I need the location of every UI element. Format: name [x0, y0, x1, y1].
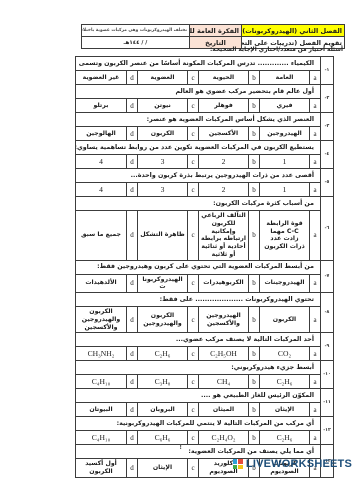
option-letter-c[interactable]: c — [188, 211, 199, 261]
question-number: ٥- — [321, 169, 334, 197]
option-letter-b[interactable]: b — [249, 375, 260, 389]
option-letter-a[interactable]: a — [310, 431, 321, 445]
question-text: أي مما يلي يصنف من المركبات العضوية: — [75, 445, 320, 459]
option-text-b[interactable]: الحيوية — [199, 71, 249, 85]
options-row: a 1 b 2 c 3 d 4 — [75, 183, 333, 197]
option-letter-b[interactable]: b — [249, 99, 260, 113]
option-text-c[interactable]: 3 — [138, 155, 188, 169]
option-letter-d[interactable]: d — [127, 99, 138, 113]
options-row: a قوة الرابطة C-C مهما زادت عدد ذرات الك… — [75, 211, 333, 261]
question-number: ٦- — [321, 197, 334, 261]
option-text-c[interactable]: C₃H₈ — [138, 375, 188, 389]
options-row: a الهيدروجين b الأكسجين c الكربون d الها… — [75, 127, 333, 141]
option-letter-b[interactable]: b — [249, 347, 260, 361]
worksheet-page: الفصل الثاني (الهيدروكربونات) الفكرة الع… — [0, 0, 360, 480]
question-number: ٣- — [321, 113, 334, 141]
options-row: a C₂H₆ b CH₄ c C₃H₈ d C₄H₁₀ — [75, 375, 333, 389]
option-letter-c[interactable]: c — [188, 155, 199, 169]
option-text-a[interactable]: الهيدروجين — [260, 127, 310, 141]
question-number: ٨- — [321, 293, 334, 333]
option-text-a[interactable]: C₂H₆ — [260, 431, 310, 445]
option-text-b[interactable]: الهيدروجين والأكسجين — [199, 307, 249, 333]
option-letter-b[interactable]: b — [249, 307, 260, 333]
question-row: ٤- يستطيع الكربون في المركبات العضوية تك… — [75, 141, 333, 155]
question-number: ١٢- — [321, 417, 334, 445]
question-text: العنصر الذي يشكل أساس المركبات العضوية ه… — [75, 113, 320, 127]
option-letter-d[interactable]: d — [127, 127, 138, 141]
questions-table: ١- الكيمياء ............. تدرس المركبات … — [75, 56, 334, 478]
question-number: ٧- — [321, 260, 334, 293]
option-text-d[interactable]: الكربون والهيدروجين والأكسجين — [75, 307, 126, 333]
option-letter-a[interactable]: a — [310, 375, 321, 389]
option-text-d[interactable]: الهالوجين — [75, 127, 126, 141]
option-text-a[interactable]: الهيدروجينات — [260, 274, 310, 293]
option-text-d[interactable]: CH₃NH₂ — [75, 347, 126, 361]
option-text-a[interactable]: الإيثان — [260, 403, 310, 417]
option-text-d[interactable]: البيوتان — [75, 403, 126, 417]
question-row: ١٠- أبسط جزيء هيدروكربوني: — [75, 361, 333, 375]
option-letter-d[interactable]: d — [127, 71, 138, 85]
question-row: ١٢- أي مركب من المركبات التالية لا ينتمي… — [75, 417, 333, 431]
icon-square-red — [238, 459, 243, 464]
option-letter-a[interactable]: a — [310, 155, 321, 169]
option-text-b[interactable]: CH₄ — [199, 375, 249, 389]
option-text-d[interactable]: أول أكسيد الكربون — [75, 459, 126, 478]
stray-mark: ! — [179, 444, 182, 451]
option-text-c[interactable]: العضوية — [138, 71, 188, 85]
option-letter-b[interactable]: b — [249, 403, 260, 417]
options-row: a الهيدروجينات b الكربوهيدرات c الهيدروك… — [75, 274, 333, 293]
option-letter-a[interactable]: a — [310, 71, 321, 85]
option-letter-c[interactable]: c — [188, 274, 199, 293]
question-text: أحد المركبات التالية لا يصنف مركب عضوي..… — [75, 333, 320, 347]
option-letter-c[interactable]: c — [188, 403, 199, 417]
option-text-c[interactable]: البروبان — [138, 403, 188, 417]
options-row: a العامة b الحيوية c العضوية d غير العضو… — [75, 71, 333, 85]
option-letter-a[interactable]: a — [310, 307, 321, 333]
question-row: ١١- المكوّن الرئيس للغاز الطبيعي هو .... — [75, 389, 333, 403]
question-row: ٢- أول عالم قام بتحضير مركب عضوي هو العا… — [75, 85, 333, 99]
question-number: ٢- — [321, 85, 334, 113]
option-text-a[interactable]: الكربون — [260, 307, 310, 333]
option-text-c[interactable]: ظاهرة التشكل — [138, 211, 188, 261]
icon-square-yellow — [238, 465, 243, 470]
option-letter-c[interactable]: c — [188, 431, 199, 445]
options-row: a 1 b 2 c 3 d 4 — [75, 155, 333, 169]
option-text-d[interactable]: الألدهيدات — [75, 274, 126, 293]
option-letter-d[interactable]: d — [127, 155, 138, 169]
option-letter-b[interactable]: b — [249, 127, 260, 141]
option-text-a[interactable]: قوة الرابطة C-C مهما زادت عدد ذرات الكرب… — [260, 211, 310, 261]
question-row: ٧- من أبسط المركبات العضوية التي تحتوي ع… — [75, 260, 333, 274]
option-letter-a[interactable]: a — [310, 347, 321, 361]
question-text: أي مركب من المركبات التالية لا ينتمي للم… — [75, 417, 320, 431]
option-letter-d[interactable]: d — [127, 274, 138, 293]
question-row: ٩- أحد المركبات التالية لا يصنف مركب عضو… — [75, 333, 333, 347]
option-letter-b[interactable]: b — [249, 183, 260, 197]
option-text-a[interactable]: CO₂ — [260, 347, 310, 361]
option-text-c[interactable]: الكربون والهيدروجين — [138, 307, 188, 333]
question-row: ٦- من أسباب كثرة مركبات الكربون: — [75, 197, 333, 211]
icon-square-green — [233, 465, 238, 470]
option-letter-c[interactable]: c — [188, 347, 199, 361]
option-letter-b[interactable]: b — [249, 211, 260, 261]
option-text-b[interactable]: 2 — [199, 155, 249, 169]
option-letter-d[interactable]: d — [127, 431, 138, 445]
option-letter-d[interactable]: d — [127, 459, 138, 478]
option-text-c[interactable]: C₆H₆ — [138, 431, 188, 445]
question-text: من أسباب كثرة مركبات الكربون: — [75, 197, 320, 211]
liveworksheets-wordmark: LIVEWORKSHEETS — [246, 458, 352, 470]
option-text-c[interactable]: الإيثان — [138, 459, 188, 478]
question-text: تحتوي الهيدروكربونات ...................… — [75, 293, 320, 307]
options-row: a الكربون b الهيدروجين والأكسجين c الكرب… — [75, 307, 333, 333]
option-letter-c[interactable]: c — [188, 183, 199, 197]
question-text: المكوّن الرئيس للغاز الطبيعي هو .... — [75, 389, 320, 403]
question-number: ١- — [321, 57, 334, 85]
option-letter-c[interactable]: c — [188, 71, 199, 85]
option-letter-a[interactable]: a — [310, 211, 321, 261]
option-text-d[interactable]: 4 — [75, 183, 126, 197]
option-letter-b[interactable]: b — [249, 431, 260, 445]
option-text-c[interactable]: الهيدروكربونات — [138, 274, 188, 293]
option-text-d[interactable]: C₄H₁₀ — [75, 375, 126, 389]
option-letter-d[interactable]: d — [127, 183, 138, 197]
header-table: الفصل الثاني (الهيدروكربونات) الفكرة الع… — [81, 24, 345, 49]
question-text: أول عالم قام بتحضير مركب عضوي هو العالم — [75, 85, 320, 99]
option-text-d[interactable]: C₄H₁₀ — [75, 431, 126, 445]
option-text-b[interactable]: 2 — [199, 183, 249, 197]
option-letter-d[interactable]: d — [127, 307, 138, 333]
question-row: ٥- أقصى عدد من ذرات الهيدروجين يرتبط بذر… — [75, 169, 333, 183]
option-text-d[interactable]: غير العضوية — [75, 71, 126, 85]
option-text-c[interactable]: C₂H₆ — [138, 347, 188, 361]
option-letter-a[interactable]: a — [310, 403, 321, 417]
option-letter-d[interactable]: d — [127, 347, 138, 361]
option-letter-c[interactable]: c — [188, 307, 199, 333]
option-letter-b[interactable]: b — [249, 71, 260, 85]
question-number: ١٠- — [321, 361, 334, 389]
option-text-b[interactable]: التآلف الرباعي للكربون وإمكانية ارتباطه … — [199, 211, 249, 261]
option-text-c[interactable]: الكربون — [138, 127, 188, 141]
option-text-d[interactable]: جميع ما سبق — [75, 211, 126, 261]
chapter-title: الفصل الثاني (الهيدروكربونات) — [242, 25, 345, 37]
option-letter-c[interactable]: c — [188, 375, 199, 389]
option-text-d[interactable]: برتلو — [75, 99, 126, 113]
liveworksheets-icon — [233, 459, 243, 469]
option-text-c[interactable]: 3 — [138, 183, 188, 197]
option-text-b[interactable]: C₂H₄O₂ — [199, 431, 249, 445]
question-number: ١١- — [321, 389, 334, 417]
option-letter-b[interactable]: b — [249, 155, 260, 169]
option-text-a[interactable]: C₂H₆ — [260, 375, 310, 389]
option-text-d[interactable]: 4 — [75, 155, 126, 169]
option-letter-a[interactable]: a — [310, 127, 321, 141]
option-letter-c[interactable]: c — [188, 99, 199, 113]
general-idea-label: الفكرة العامة للفصل — [190, 25, 242, 37]
question-text: يستطيع الكربون في المركبات العضوية تكوين… — [75, 141, 320, 155]
instruction-text: أسئلة اختيار من متعدد/اختاري الإجابة الص… — [210, 47, 343, 53]
icon-square-blue — [233, 459, 238, 464]
question-number: ٩- — [321, 333, 334, 361]
option-text-b[interactable]: الكربوهيدرات — [199, 274, 249, 293]
option-letter-c[interactable]: c — [188, 459, 199, 478]
date-value[interactable]: / / ١٤٤هـ — [82, 37, 190, 49]
option-text-a[interactable]: العامة — [260, 71, 310, 85]
option-text-b[interactable]: C₂H₅OH — [199, 347, 249, 361]
option-text-a[interactable]: فيري — [260, 99, 310, 113]
option-letter-c[interactable]: c — [188, 127, 199, 141]
question-row: ١- الكيمياء ............. تدرس المركبات … — [75, 57, 333, 71]
option-letter-d[interactable]: d — [127, 403, 138, 417]
option-text-b[interactable]: الميثان — [199, 403, 249, 417]
option-text-a[interactable]: 1 — [260, 183, 310, 197]
question-text: أقصى عدد من ذرات الهيدروجين يرتبط بذرة ك… — [75, 169, 320, 183]
general-idea-text: تختلف الهيدروكربونات وهي مركبات عضوية با… — [82, 25, 190, 37]
liveworksheets-logo[interactable]: LIVEWORKSHEETS — [233, 458, 352, 470]
option-text-a[interactable]: 1 — [260, 155, 310, 169]
options-row: a الإيثان b الميثان c البروبان d البيوتا… — [75, 403, 333, 417]
option-letter-a[interactable]: a — [310, 99, 321, 113]
options-row: a CO₂ b C₂H₅OH c C₂H₆ d CH₃NH₂ — [75, 347, 333, 361]
option-text-b[interactable]: فوهلر — [199, 99, 249, 113]
option-letter-d[interactable]: d — [127, 211, 138, 261]
question-text: أبسط جزيء هيدروكربوني: — [75, 361, 320, 375]
question-row: ٨- تحتوي الهيدروكربونات ................… — [75, 293, 333, 307]
question-number: ٤- — [321, 141, 334, 169]
option-letter-a[interactable]: a — [310, 183, 321, 197]
question-text: من أبسط المركبات العضوية التي تحتوي على … — [75, 260, 320, 274]
question-text: الكيمياء ............. تدرس المركبات الم… — [75, 57, 320, 71]
options-row: a فيري b فوهلر c نيوتن d برتلو — [75, 99, 333, 113]
question-row: ١٣- أي مما يلي يصنف من المركبات العضوية: — [75, 445, 333, 459]
option-text-b[interactable]: الأكسجين — [199, 127, 249, 141]
option-letter-a[interactable]: a — [310, 274, 321, 293]
option-letter-d[interactable]: d — [127, 375, 138, 389]
option-letter-b[interactable]: b — [249, 274, 260, 293]
question-row: ٣- العنصر الذي يشكل أساس المركبات العضوي… — [75, 113, 333, 127]
options-row: a C₂H₆ b C₂H₄O₂ c C₆H₆ d C₄H₁₀ — [75, 431, 333, 445]
option-text-c[interactable]: نيوتن — [138, 99, 188, 113]
